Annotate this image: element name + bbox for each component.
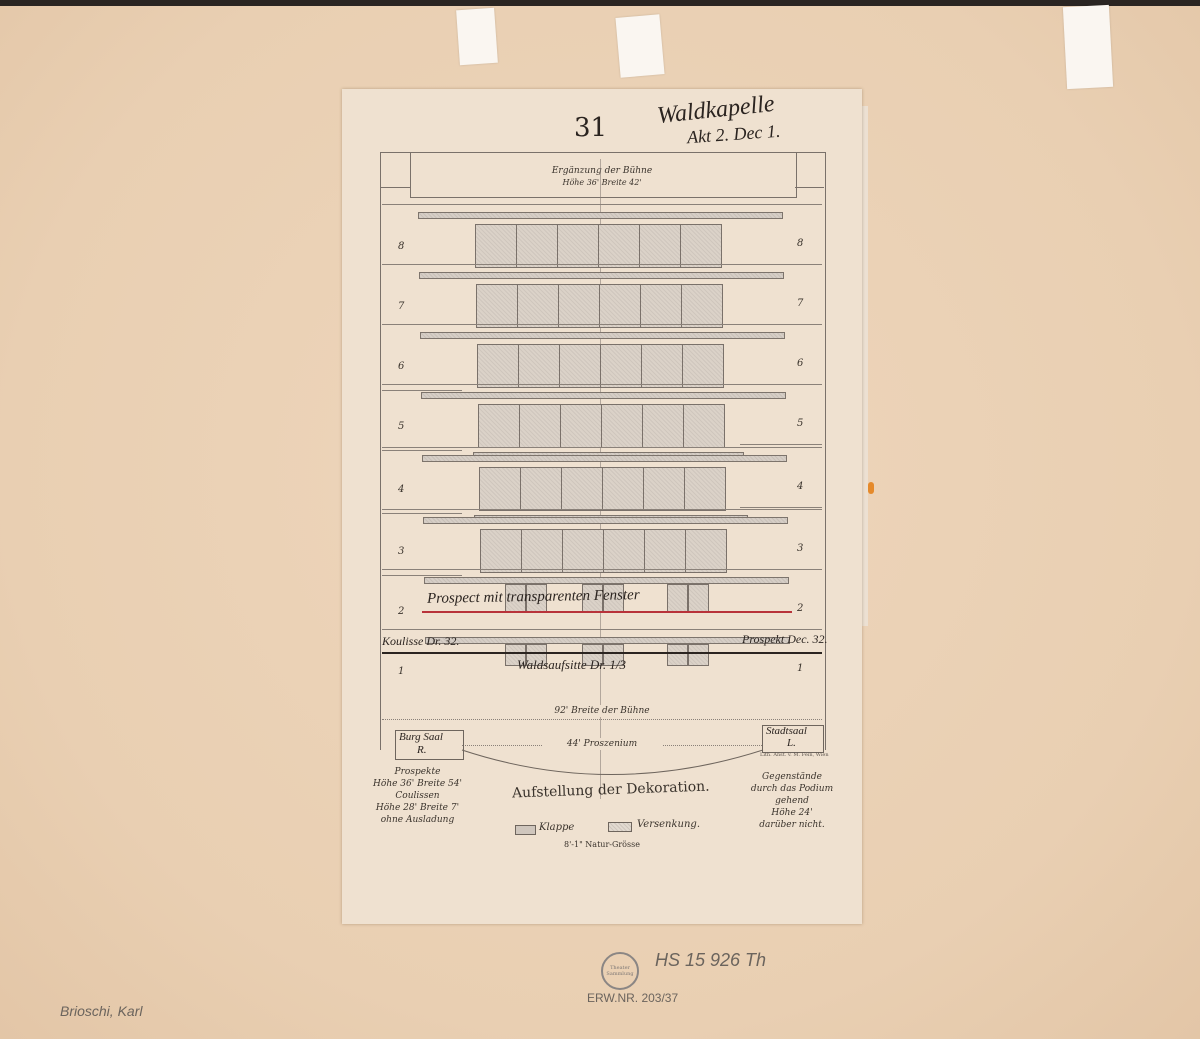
wing-batten [425,637,790,644]
corner-box-right [795,152,824,188]
trap-plate [681,284,723,328]
note-line: Höhe 28' Breite 7' [370,802,465,814]
row-number-right: 3 [797,543,803,554]
row-number-left: 3 [398,546,404,557]
trap-plate-small [688,644,709,666]
row-number-left: 8 [398,241,404,252]
row-number-right: 2 [797,603,803,614]
trap-plate [598,224,640,268]
trap-plate [475,224,517,268]
annotation-right-wing: Prospekt Dec. 32. [742,632,828,647]
row-divider [382,447,822,448]
row-divider [382,264,822,265]
trap-plate [639,224,681,268]
corner-box-left [380,152,410,188]
note-line: Prospekte [370,766,465,778]
row-number-right: 8 [797,238,803,249]
wing-batten [423,517,788,524]
trap-plate-small [667,584,688,612]
row-number-left: 5 [398,421,404,432]
orange-mark [868,482,874,494]
trap-plate [476,284,518,328]
trap-plate [558,284,600,328]
acquisition-number: ERW.NR. 203/37 [587,991,678,1005]
row-number-left: 2 [398,606,404,617]
row-divider [382,384,822,385]
row-number-left: 6 [398,361,404,372]
tape-strip-left [456,8,498,66]
trap-plate [600,344,642,388]
row-divider [382,324,822,325]
note-line: Coulissen [370,790,465,802]
trap-plate [599,284,641,328]
trap-plate [684,467,726,511]
row-number-right: 4 [797,481,803,492]
red-underline [422,611,792,613]
stage-width-label: 92' Breite der Bühne [522,705,682,717]
trap-plate [644,529,686,573]
stamp-text: Theater Sammlung [603,965,637,977]
row-divider [382,509,822,510]
trap-plate-small [688,584,709,612]
tape-strip-middle [615,14,664,78]
trap-plate [683,404,725,448]
sheet-number: 31 [574,113,607,143]
note-line: Höhe 24' [737,807,847,819]
row-divider [382,569,822,570]
note-line: Gegenstände [737,771,847,783]
stage-width-line [382,719,822,720]
wing-line [740,507,822,508]
front-box-left-label2: R. [417,744,426,756]
trap-plate [680,224,722,268]
legend-versenkung-swatch [608,822,632,832]
trap-plate [560,404,602,448]
wing-line [382,575,462,576]
trap-plate [520,467,562,511]
trap-plate [685,529,727,573]
note-line: ohne Ausladung [370,814,465,826]
front-box-right-label2: L. [787,737,796,749]
trap-plate [643,467,685,511]
left-notes: Prospekte Höhe 36' Breite 54' Coulissen … [370,766,465,826]
front-box-left-label1: Burg Saal [399,731,443,743]
annotation-left-wing: Koulisse Dr. 32. [382,634,459,649]
row-number-left: 4 [398,484,404,495]
extension-dimensions: Höhe 36' Breite 42' [512,177,692,189]
row-number-left: 7 [398,301,404,312]
wing-batten [419,272,784,279]
legend-klappe-label: Klappe [539,822,574,833]
note-line: durch das Podium gehend [737,783,847,807]
printer-credit: Lith. Anst. v. M. Fein, Wien [760,752,829,758]
trap-plate [479,467,521,511]
archive-signature: HS 15 926 Th [655,950,766,971]
tape-strip-right [1063,5,1113,89]
trap-plate [477,344,519,388]
scale-note: 8'-1" Natur-Grösse [564,840,640,849]
trap-plate [642,404,684,448]
row-number-right: 6 [797,358,803,369]
proscenium-curve [460,744,765,784]
trap-plate [478,404,520,448]
row-divider [382,204,822,205]
extension-title: Ergänzung der Bühne [512,165,692,177]
archive-stamp: Theater Sammlung [601,952,639,990]
legend-klappe-swatch [515,825,536,835]
legend-versenkung-label: Versenkung. [637,819,700,830]
trap-plate [561,467,603,511]
annotation-ground-row: Waldsaufsitte Dr. 1/3 [517,657,626,673]
black-rule [382,652,822,654]
row-number-right: 1 [797,663,803,674]
row-number-right: 7 [797,298,803,309]
note-line: Höhe 36' Breite 54' [370,778,465,790]
note-line: darüber nicht. [737,819,847,831]
wing-line [382,513,462,514]
row-divider [382,629,822,630]
trap-plate [480,529,522,573]
trap-plate [519,404,561,448]
trap-plate [603,529,645,573]
stage-plan-sheet: 31 Waldkapelle Akt 2. Dec 1. Ergänzung d… [342,89,862,924]
row-number-left: 1 [398,666,404,677]
mount-board: 31 Waldkapelle Akt 2. Dec 1. Ergänzung d… [0,6,1200,1039]
wing-line [740,444,822,445]
trap-plate [641,344,683,388]
trap-plate [516,224,558,268]
trap-plate [517,284,559,328]
trap-plate-small [667,644,688,666]
trap-plate [559,344,601,388]
wing-batten [420,332,785,339]
row-number-right: 5 [797,418,803,429]
trap-plate [640,284,682,328]
wing-batten [418,212,783,219]
author-name: Brioschi, Karl [60,1003,142,1019]
front-box-right-label1: Stadtsaal [766,725,807,737]
trap-plate [682,344,724,388]
trap-plate [562,529,604,573]
trap-plate [518,344,560,388]
trap-plate [557,224,599,268]
trap-plate [601,404,643,448]
wing-batten [422,455,787,462]
trap-plate [602,467,644,511]
wing-line [382,450,462,451]
right-notes: Gegenstände durch das Podium gehend Höhe… [737,771,847,831]
wing-batten [424,577,789,584]
wing-line [382,390,462,391]
wing-batten [421,392,786,399]
trap-plate [521,529,563,573]
